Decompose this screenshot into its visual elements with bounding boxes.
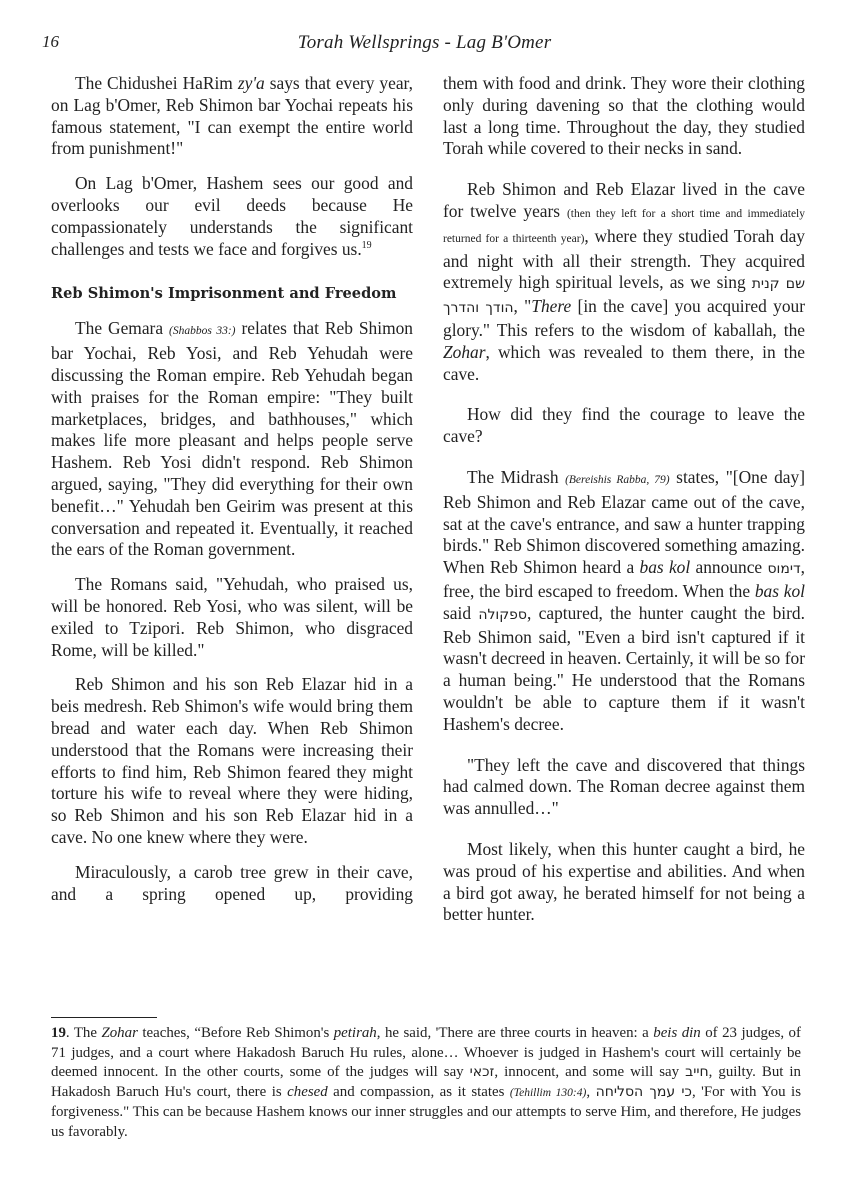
section-heading: Reb Shimon's Imprisonment and Freedom xyxy=(51,284,413,304)
paragraph: Miraculously, a carob tree grew in their… xyxy=(51,862,413,906)
italic-text: Zohar xyxy=(443,342,486,362)
italic-text: There xyxy=(531,296,571,316)
text: said xyxy=(443,603,478,623)
text: , which was revealed to them there, in t… xyxy=(443,342,805,384)
text: , xyxy=(586,1084,595,1100)
paragraph: them with food and drink. They wore thei… xyxy=(443,73,805,160)
italic-text: petirah xyxy=(334,1025,377,1041)
text: announce xyxy=(690,557,767,577)
paragraph: The Chidushei HaRim zy'a says that every… xyxy=(51,73,413,160)
footnote-divider xyxy=(51,1017,157,1018)
text: The Chidushei HaRim xyxy=(75,73,238,93)
running-title: Torah Wellsprings - Lag B'Omer xyxy=(0,32,849,54)
paragraph: The Midrash (Bereishis Rabba, 79) states… xyxy=(443,467,805,736)
paragraph: Most likely, when this hunter caught a b… xyxy=(443,839,805,926)
paragraph: How did they find the courage to leave t… xyxy=(443,404,805,448)
italic-text: chesed xyxy=(287,1084,328,1100)
text: and compassion, as it states xyxy=(328,1084,510,1100)
hebrew-text: זכאי xyxy=(470,1064,495,1080)
hebrew-text: חייב xyxy=(685,1064,709,1080)
hebrew-text: ספקולה xyxy=(478,607,527,623)
paragraph: "They left the cave and discovered that … xyxy=(443,755,805,820)
citation: (Bereishis Rabba, 79) xyxy=(565,474,670,486)
italic-text: bas kol xyxy=(640,557,691,577)
text: On Lag b'Omer, Hashem sees our good and … xyxy=(51,173,413,258)
paragraph: On Lag b'Omer, Hashem sees our good and … xyxy=(51,173,413,260)
citation: (Shabbos 33:) xyxy=(169,325,235,337)
text: . The xyxy=(66,1025,102,1041)
text: , he said, 'There are three courts in he… xyxy=(377,1025,654,1041)
hebrew-text: דימוס xyxy=(767,561,800,577)
paragraph: The Romans said, "Yehudah, who praised u… xyxy=(51,574,413,661)
citation: (Tehillim 130:4) xyxy=(510,1087,586,1099)
italic-text: zy'a xyxy=(238,73,265,93)
left-column: The Chidushei HaRim zy'a says that every… xyxy=(51,73,413,918)
text: The Midrash xyxy=(467,467,565,487)
text: The Gemara xyxy=(75,318,169,338)
text: , innocent, and some will say xyxy=(494,1064,685,1080)
text: teaches, “Before Reb Shimon's xyxy=(138,1025,334,1041)
footnote-number: 19 xyxy=(51,1025,66,1041)
paragraph: The Gemara (Shabbos 33:) relates that Re… xyxy=(51,318,413,561)
text: relates that Reb Shimon bar Yochai, Reb … xyxy=(51,318,413,559)
text: , " xyxy=(514,296,532,316)
footnote-ref[interactable]: 19 xyxy=(362,240,372,251)
page-header: 16 Torah Wellsprings - Lag B'Omer xyxy=(0,32,849,58)
footnote-text: 19. The Zohar teaches, “Before Reb Shimo… xyxy=(51,1024,801,1143)
hebrew-text: כי עמך הסליחה xyxy=(596,1084,692,1100)
paragraph: Reb Shimon and Reb Elazar lived in the c… xyxy=(443,179,805,385)
italic-text: Zohar xyxy=(101,1025,137,1041)
footnote: 19. The Zohar teaches, “Before Reb Shimo… xyxy=(51,1024,801,1143)
paragraph: Reb Shimon and his son Reb Elazar hid in… xyxy=(51,674,413,848)
italic-text: beis din xyxy=(653,1025,701,1041)
right-column: them with food and drink. They wore thei… xyxy=(443,73,805,939)
italic-text: bas kol xyxy=(755,581,805,601)
